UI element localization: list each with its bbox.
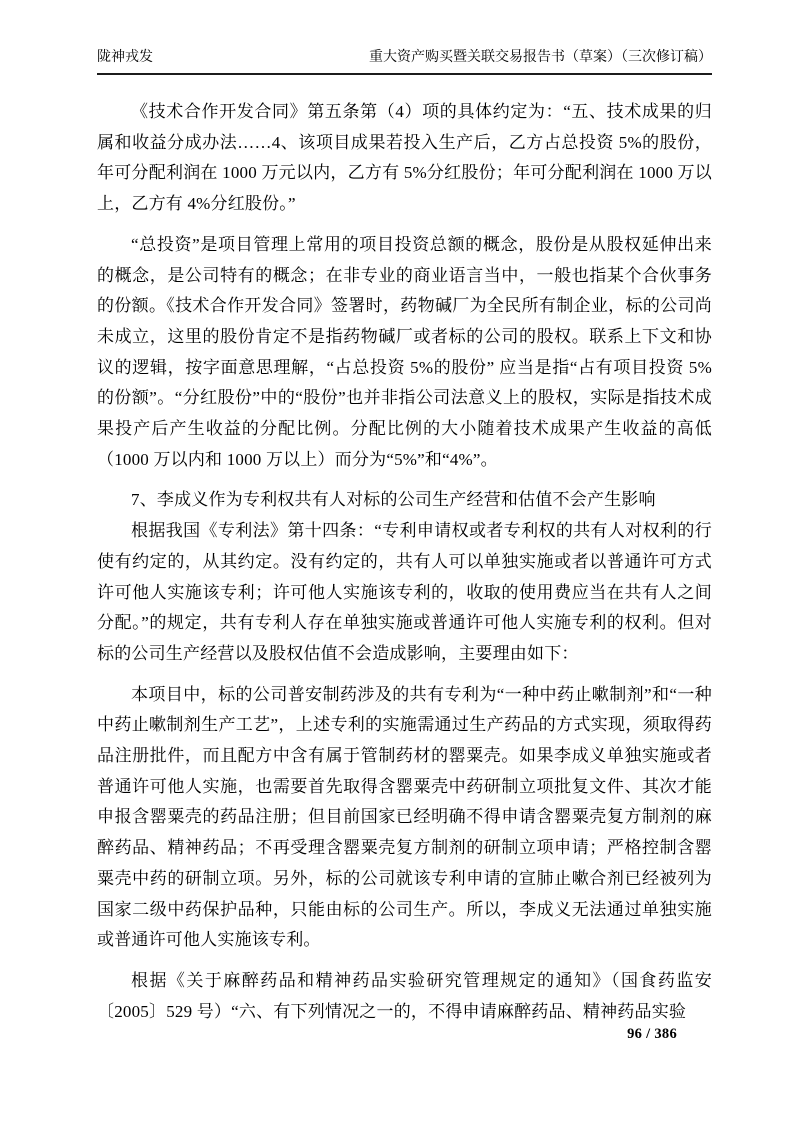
header-report-title: 重大资产购买暨关联交易报告书（草案）（三次修订稿） — [369, 49, 712, 66]
paragraph: 本项目中，标的公司普安制药涉及的共有专利为“一种中药止嗽制剂”和“一种中药止嗽制… — [97, 680, 712, 956]
page-number: 96 / 386 — [627, 1026, 677, 1043]
document-page: 陇神戎发 重大资产购买暨关联交易报告书（草案）（三次修订稿） 《技术合作开发合同… — [0, 0, 793, 1122]
paragraph: 根据我国《专利法》第十四条：“专利申请权或者专利权的共有人对权利的行使有约定的，… — [97, 516, 712, 670]
section-heading: 7、李成义作为专利权共有人对标的公司生产经营和估值不会产生影响 — [97, 485, 712, 516]
paragraph: “总投资”是项目管理上常用的项目投资总额的概念，股份是从股权延伸出来的概念，是公… — [97, 230, 712, 476]
document-body: 《技术合作开发合同》第五条第（4）项的具体约定为：“五、技术成果的归属和收益分成… — [97, 97, 712, 1027]
paragraph: 根据《关于麻醉药品和精神药品实验研究管理规定的通知》（国食药监安〔2005〕52… — [97, 966, 712, 1027]
paragraph: 《技术合作开发合同》第五条第（4）项的具体约定为：“五、技术成果的归属和收益分成… — [97, 97, 712, 220]
page-header: 陇神戎发 重大资产购买暨关联交易报告书（草案）（三次修订稿） — [97, 49, 712, 75]
header-company-name: 陇神戎发 — [97, 49, 153, 66]
